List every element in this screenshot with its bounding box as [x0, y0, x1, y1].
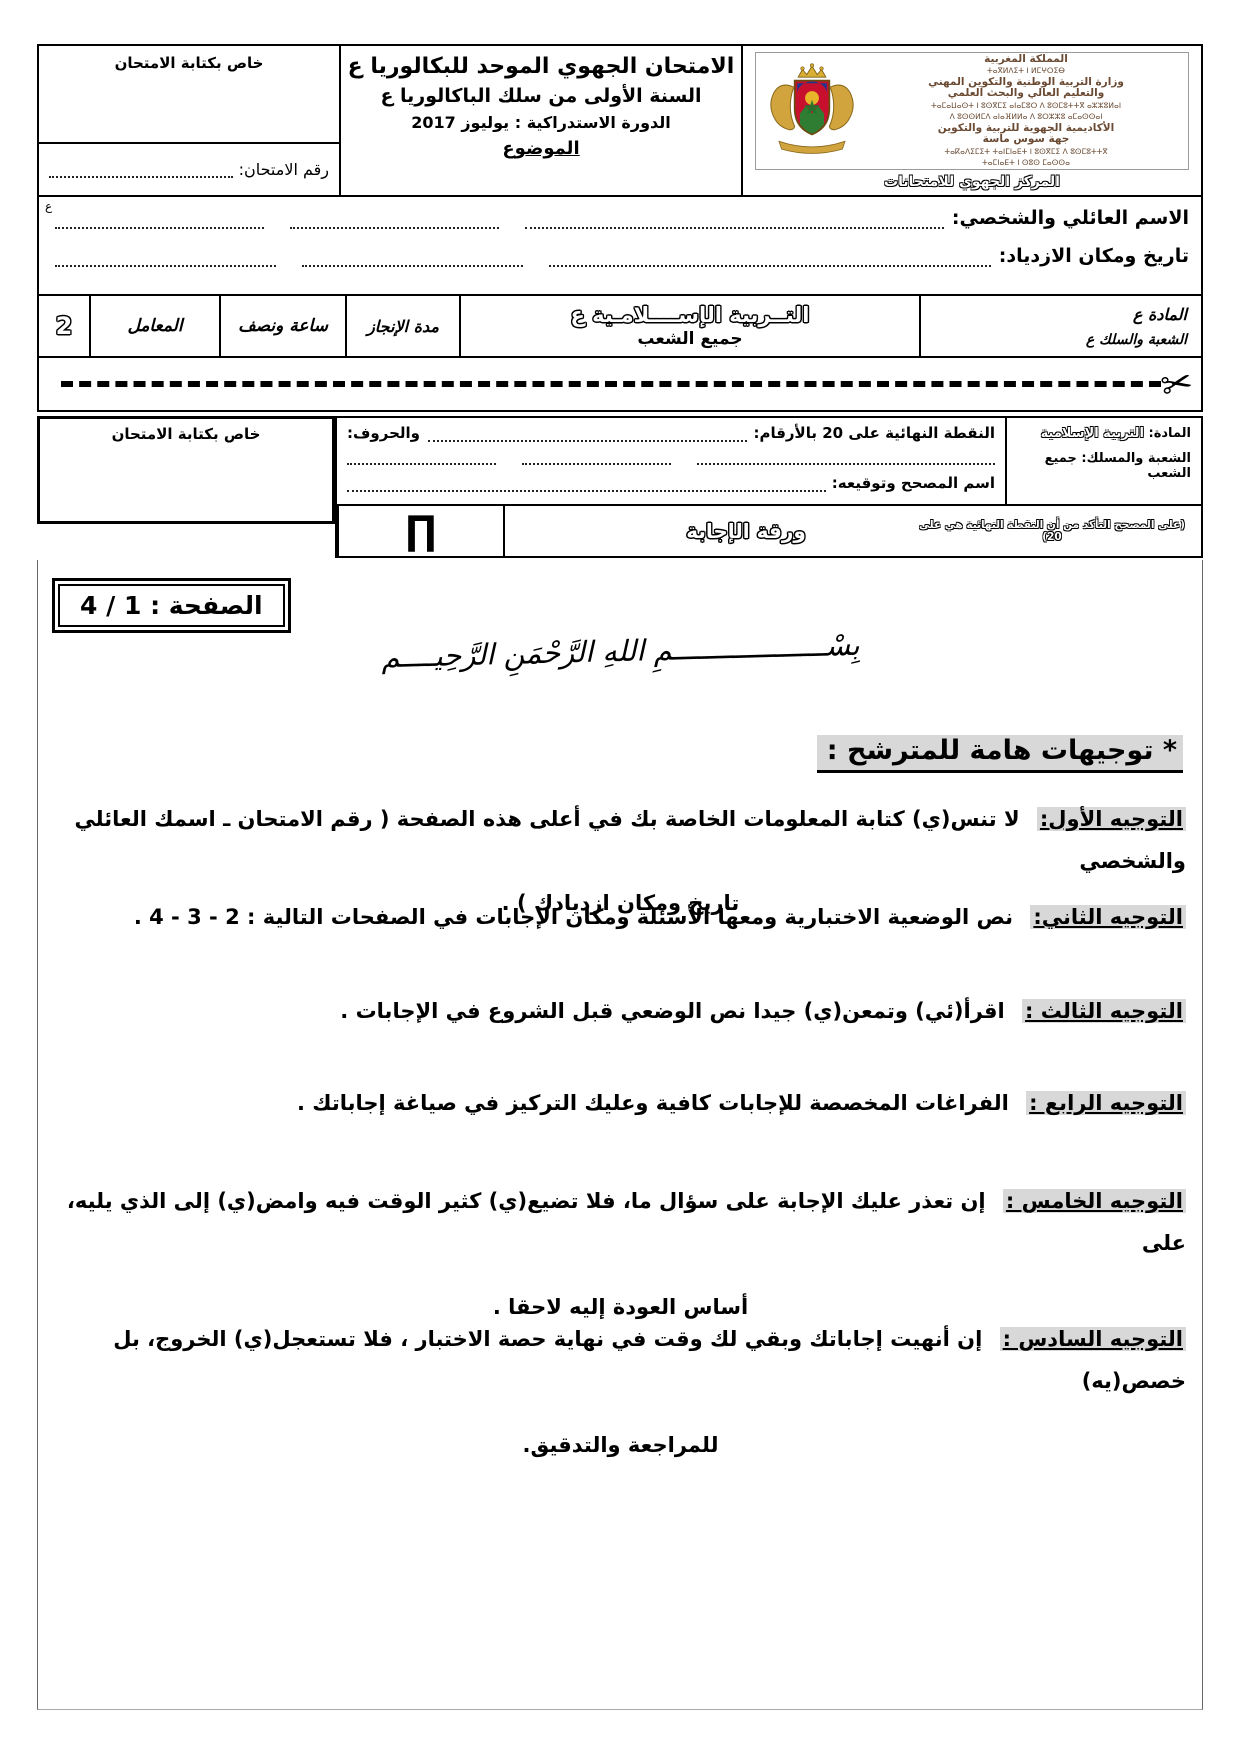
corner-ain-mark: ع	[45, 199, 52, 213]
birth-write-line	[55, 250, 276, 267]
exam-office-cell: خاص بكتابة الامتحان	[39, 46, 339, 144]
subject-title: التــربية الإســــلامـية ع	[571, 303, 810, 327]
region-label: جهة سوس ماسة	[868, 134, 1184, 146]
answer-sheet-label: ورقة الإجابة	[581, 519, 911, 543]
instruction-text-line2: للمراجعة والتدقيق.	[55, 1424, 1186, 1466]
ministry-line-2: والتعليم العالي والبحث العلمي	[868, 88, 1184, 100]
instruction-text: نص الوضعية الاختبارية ومعها الأسئلة ومكا…	[134, 905, 1013, 929]
exam-number-cell: رقم الامتحان:	[39, 144, 339, 195]
instruction-item-6: التوجيه السادس : إن أنهيت إجاباتك وبقي ل…	[55, 1318, 1186, 1466]
exam-number-write-line	[49, 161, 233, 178]
exam-cover-page: خاص بكتابة الامتحان رقم الامتحان: الامتح…	[0, 0, 1241, 1755]
corrector-label: اسم المصحح وتوقيعه:	[832, 474, 995, 492]
duration-value-cell: ساعة ونصف	[221, 296, 347, 356]
page-number-box: الصفحة : 1 / 4	[52, 578, 291, 633]
ministry-text: المملكة المغربية ⵜⴰⴳⵍⴷⵉⵜ ⵏ ⵍⵎⵖⵔⵉⴱ وزارة …	[868, 54, 1184, 169]
academy-tifinagh-1: ⵜⴰⴽⴰⴷⵉⵎⵉⵜ ⵜⴰⵏⵎⵏⴰⴹⵜ ⵏ ⵓⵙⴳⵎⵉ ⴷ ⵓⵙⵎⵓⵜⵜⴳ	[868, 146, 1184, 158]
pi-symbol: ∏	[405, 508, 436, 554]
instruction-label: التوجيه الثالث :	[1022, 999, 1186, 1023]
grading-subject-value: التربية الإسلامية	[1041, 426, 1144, 441]
kingdom-tifinagh: ⵜⴰⴳⵍⴷⵉⵜ ⵏ ⵍⵎⵖⵔⵉⴱ	[868, 65, 1184, 77]
instructions-heading: * توجيهات هامة للمترشح :	[817, 735, 1183, 773]
instruction-item-3: التوجيه الثالث : اقرأ(ئي) وتمعن(ي) جيدا …	[55, 990, 1186, 1032]
letters-label: والحروف:	[347, 424, 420, 442]
pi-symbol-box: ∏	[337, 506, 505, 556]
corrector-row: اسم المصحح وتوقيعه:	[347, 474, 995, 492]
page-number-label: الصفحة : 1 / 4	[58, 584, 285, 627]
matiere-column-label: المادة ع	[1133, 305, 1187, 324]
coefficient-value-cell: 2	[39, 296, 91, 356]
header-left-column: خاص بكتابة الامتحان رقم الامتحان:	[39, 46, 341, 195]
duration-label-cell: مدة الإنجاز	[347, 296, 461, 356]
title-line-2: السنة الأولى من سلك الباكالوريا ع	[341, 82, 741, 110]
exam-number-label: رقم الامتحان:	[239, 160, 329, 179]
academy-tifinagh-2: ⵜⴰⵎⵏⴰⴹⵜ ⵏ ⵙⵓⵙ ⵎⴰⵙⵙⴰ	[868, 157, 1184, 169]
scissors-icon: ✂	[1162, 381, 1193, 388]
grading-subject-cell: المادة: التربية الإسلامية الشعبة والمسلك…	[1005, 418, 1201, 504]
subject-strip: 2 المعامل ساعة ونصف مدة الإنجاز التــربي…	[37, 296, 1203, 358]
instruction-text: الفراغات المخصصة للإجابات كافية وعليك ال…	[297, 1091, 1009, 1115]
grading-stream-label: الشعبة والمسلك:	[1081, 451, 1191, 466]
letters-write-row	[347, 451, 995, 465]
title-cell: الامتحان الجهوي الموحد للبكالوريا ع السن…	[341, 46, 743, 195]
instruction-label: التوجيه الثاني:	[1030, 905, 1186, 929]
instruction-label: التوجيه الرابع :	[1026, 1091, 1186, 1115]
coefficient-label-cell: المعامل	[91, 296, 221, 356]
instruction-label: التوجيه الأول:	[1037, 807, 1186, 831]
final-mark-cell: النقطة النهائية على 20 بالأرقام: والحروف…	[337, 418, 1005, 504]
birth-write-line	[549, 250, 991, 267]
final-mark-row: النقطة النهائية على 20 بالأرقام: والحروف…	[347, 424, 995, 442]
instruction-text: لا تنس(ي) كتابة المعلومات الخاصة بك في أ…	[74, 807, 1186, 873]
grading-subject-line: المادة: التربية الإسلامية	[1011, 426, 1191, 441]
candidate-block: ع الاسم العائلي والشخصي: تاريخ ومكان الا…	[37, 197, 1203, 296]
instruction-label: التوجيه السادس :	[1000, 1327, 1186, 1351]
final-mark-label: النقطة النهائية على 20 بالأرقام:	[753, 424, 995, 442]
candidate-birth-label: تاريخ ومكان الازدياد:	[999, 245, 1189, 267]
instruction-text: اقرأ(ئي) وتمعن(ي) جيدا نص الوضعي قبل الش…	[340, 999, 1004, 1023]
stream-column-label: الشعبة والسلك ع	[1086, 332, 1187, 348]
instruction-item-4: التوجيه الرابع : الفراغات المخصصة للإجاب…	[55, 1082, 1186, 1124]
ministry-tifinagh-2: ⴷ ⵓⵙⵙⵍⵎⴷ ⴰⵏⴰⴼⵍⵍⴰ ⴷ ⵓⵔⵣⵣⵓ ⴰⵎⴰⵙⵙⴰⵏ	[868, 111, 1184, 123]
final-mark-write-line	[428, 428, 747, 442]
subject-streams: جميع الشعب	[637, 329, 742, 349]
title-line-1: الامتحان الجهوي الموحد للبكالوريا ع	[341, 52, 741, 82]
logo-cell: المملكة المغربية ⵜⴰⴳⵍⴷⵉⵜ ⵏ ⵍⵎⵖⵔⵉⴱ وزارة …	[743, 46, 1201, 195]
grading-subject-label: المادة:	[1149, 426, 1191, 441]
instruction-label: التوجيه الخامس :	[1003, 1189, 1186, 1213]
grading-office-cell: خاص بكتابة الامتحان	[37, 416, 335, 524]
content-frame	[37, 560, 1203, 1710]
letters-write-line	[347, 451, 496, 465]
header-table: خاص بكتابة الامتحان رقم الامتحان: الامتح…	[37, 44, 1203, 197]
ministry-tifinagh-1: ⵜⴰⵎⴰⵡⴰⵙⵜ ⵏ ⵓⵙⴳⵎⵉ ⴰⵏⴰⵎⵓⵔ ⴷ ⵓⵙⵎⵓⵜⵜⴳ ⴰⵣⵣⵓⵍⴰ…	[868, 100, 1184, 112]
cut-line-box: ✂	[37, 358, 1203, 412]
birth-write-line	[302, 250, 523, 267]
candidate-name-label: الاسم العائلي والشخصي:	[952, 207, 1189, 229]
grading-main-table: المادة: التربية الإسلامية الشعبة والمسلك…	[335, 416, 1203, 558]
grading-office-label: خاص بكتابة الامتحان	[112, 425, 261, 443]
grading-block: خاص بكتابة الامتحان المادة: التربية الإس…	[37, 416, 1203, 560]
kingdom-label: المملكة المغربية	[868, 54, 1184, 66]
title-line-4: الموضوع	[341, 136, 741, 162]
dashed-cut-line	[61, 381, 1161, 387]
instruction-item-5: التوجيه الخامس : إن تعذر عليك الإجابة عل…	[55, 1180, 1186, 1328]
corrector-write-line	[347, 478, 826, 492]
name-write-line	[525, 212, 943, 229]
name-write-line	[55, 212, 264, 229]
instruction-item-2: التوجيه الثاني: نص الوضعية الاختبارية وم…	[55, 896, 1186, 938]
letters-write-line	[522, 451, 671, 465]
corrector-note: (على المصحح التأكد من أن النقطة النهائية…	[911, 519, 1201, 543]
ministry-box: المملكة المغربية ⵜⴰⴳⵍⴷⵉⵜ ⵏ ⵍⵎⵖⵔⵉⴱ وزارة …	[755, 52, 1189, 170]
grading-row-top: المادة: التربية الإسلامية الشعبة والمسلك…	[337, 418, 1201, 506]
subject-title-cell: التــربية الإســــلامـية ع جميع الشعب	[461, 296, 921, 356]
letters-write-line	[697, 451, 995, 465]
exam-center-label: المركز الجهوي للامتحانات	[755, 174, 1189, 190]
grading-stream-line: الشعبة والمسلك: جميع الشعب	[1011, 451, 1191, 481]
candidate-birth-row: تاريخ ومكان الازدياد:	[55, 245, 1189, 267]
exam-office-label: خاص بكتابة الامتحان	[115, 54, 264, 72]
title-line-3: الدورة الاستدراكية : يوليوز 2017	[341, 110, 741, 136]
matiere-column-cell: المادة ع الشعبة والسلك ع	[921, 296, 1201, 356]
candidate-name-row: الاسم العائلي والشخصي:	[55, 207, 1189, 229]
name-write-line	[290, 212, 499, 229]
coat-of-arms-icon	[760, 61, 864, 161]
grading-row-bottom: (على المصحح التأكد من أن النقطة النهائية…	[337, 506, 1201, 556]
